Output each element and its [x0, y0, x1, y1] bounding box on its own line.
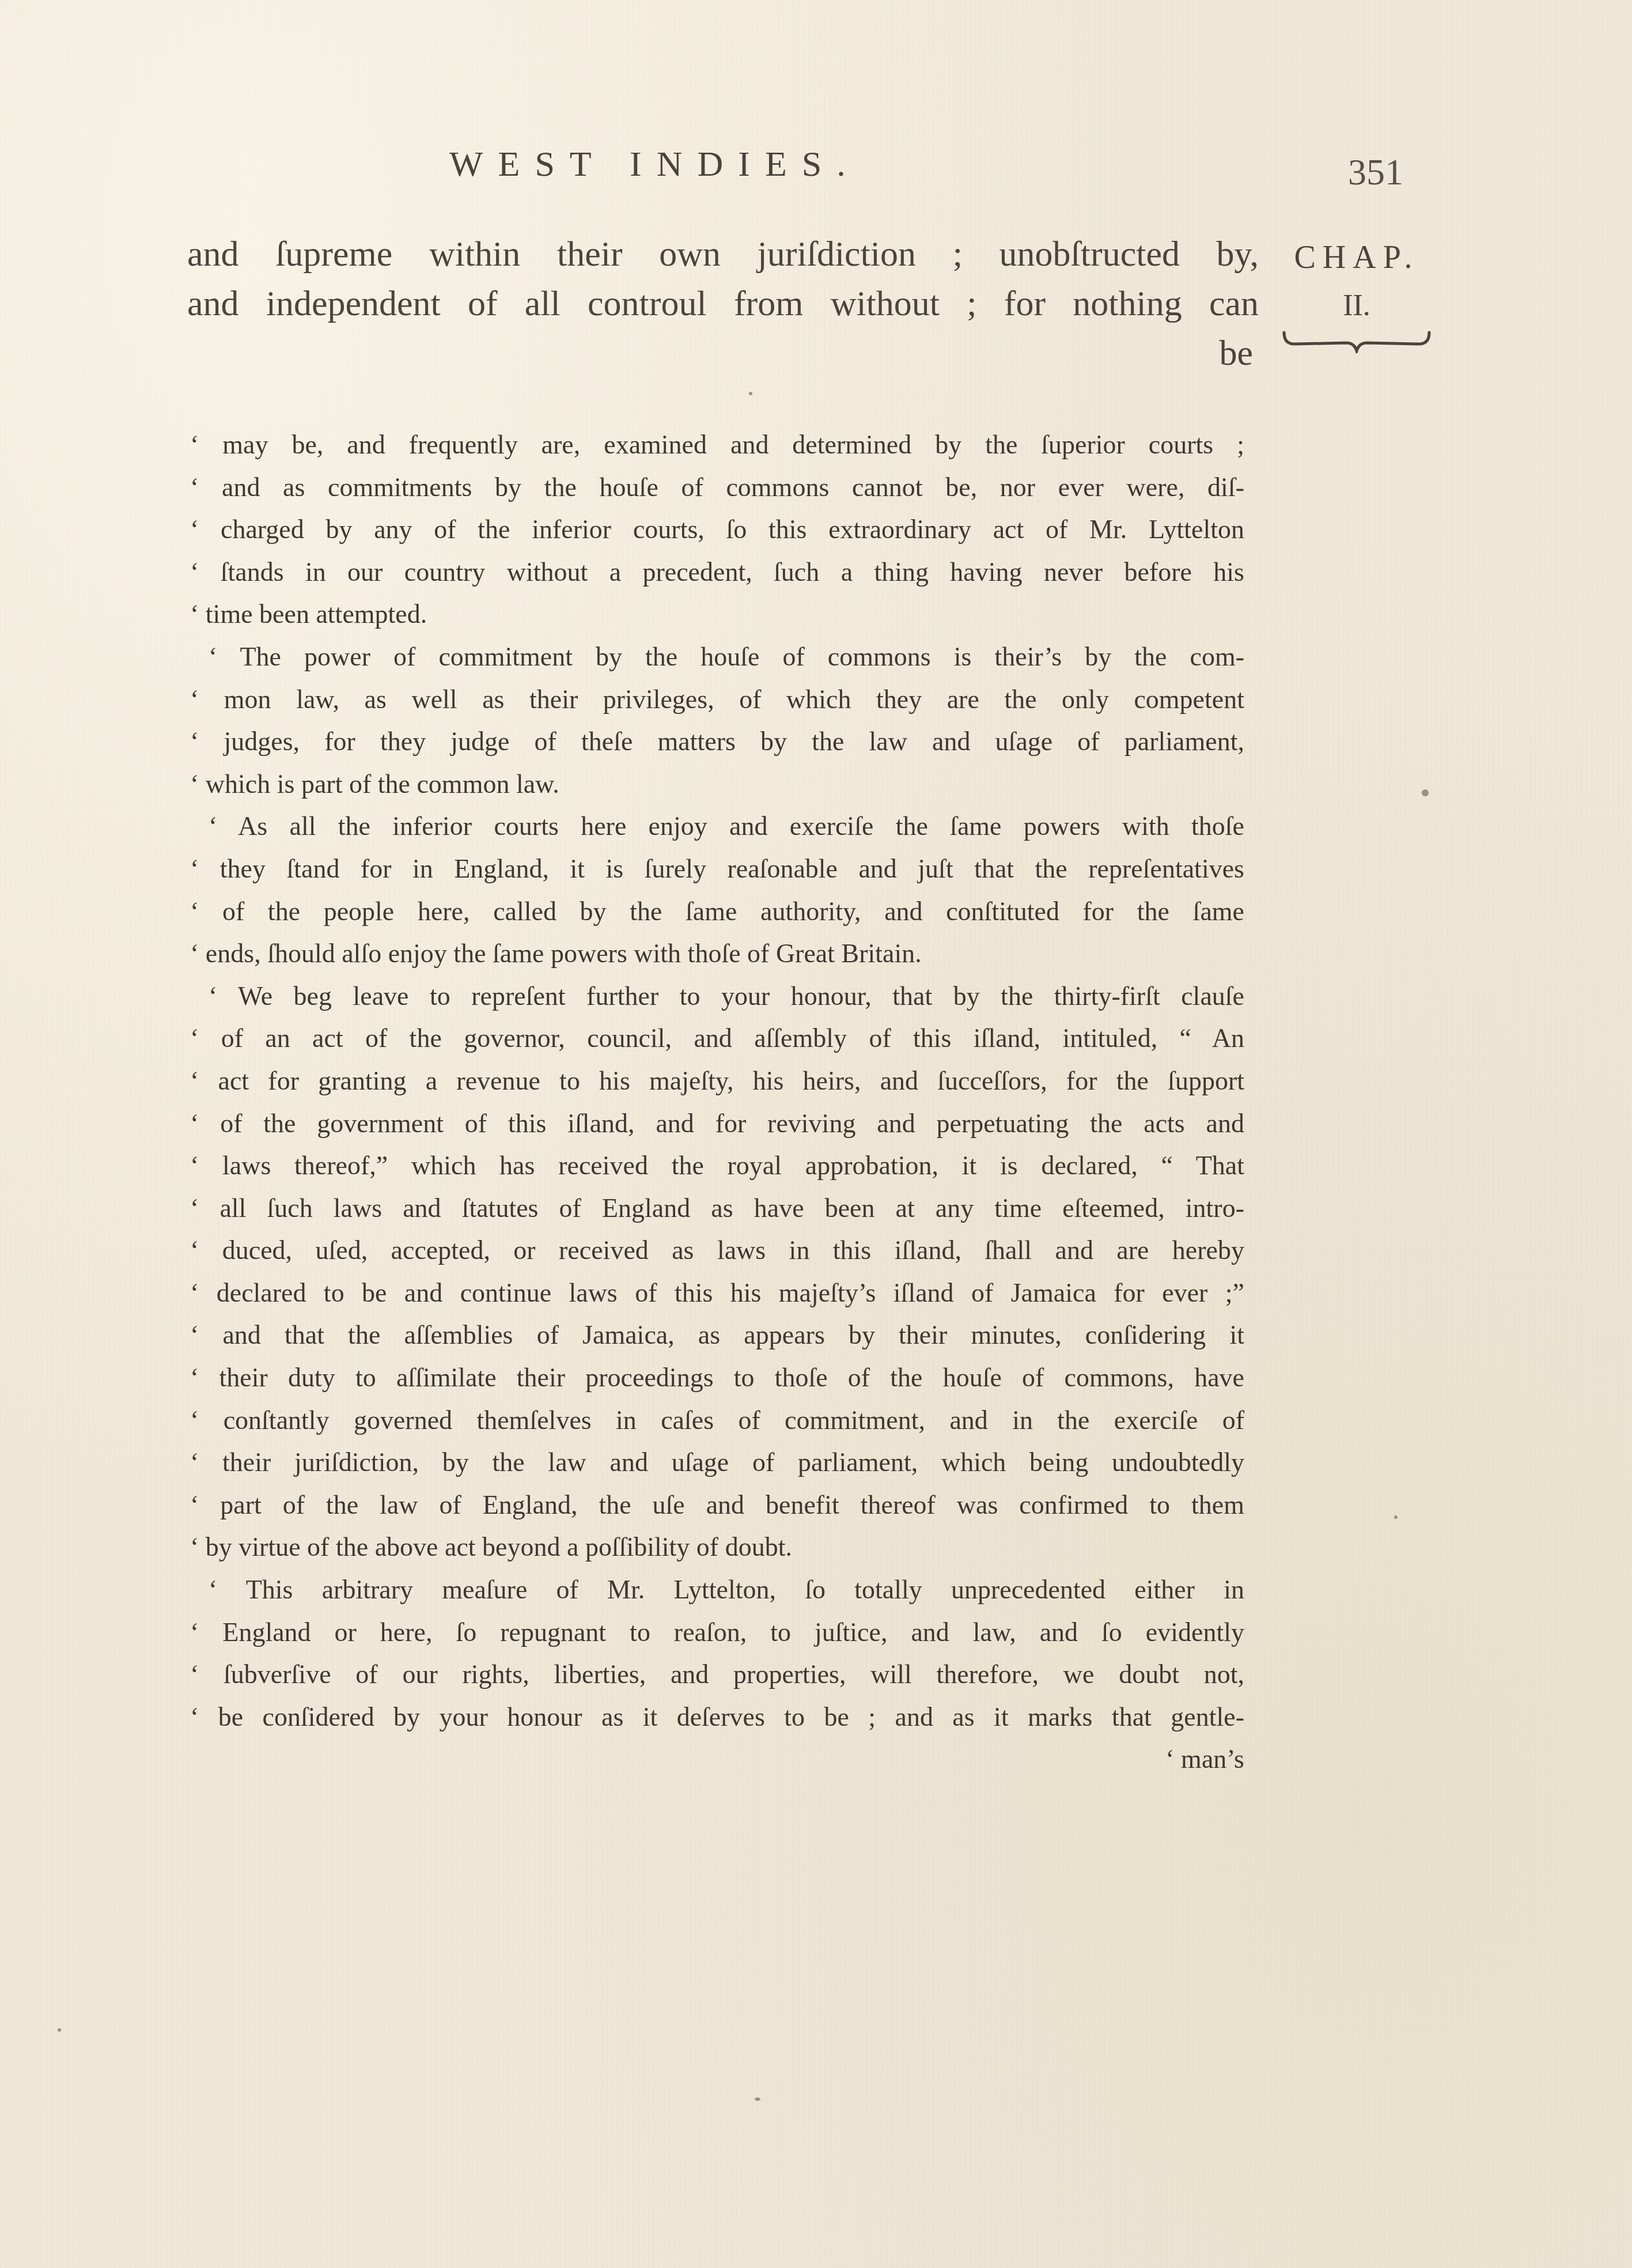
- chapter-label: CHAP.: [1273, 233, 1440, 282]
- paper-speck: [58, 2028, 61, 2032]
- text-line: ‘ laws thereof,” which has received the …: [190, 1144, 1244, 1187]
- paper-speck: [1394, 1515, 1398, 1519]
- paper-speck: [1422, 789, 1429, 796]
- text-line: ‘ may be, and frequently are, examined a…: [190, 424, 1244, 466]
- paper-speck: [755, 2097, 760, 2101]
- text-line: ‘ The power of commitment by the houſe o…: [190, 636, 1244, 678]
- text-line: ‘ of the government of this iſland, and …: [190, 1102, 1244, 1145]
- text-line: ‘ charged by any of the inferior courts,…: [190, 508, 1244, 551]
- text-line: ‘ duced, uſed, accepted, or received as …: [190, 1229, 1244, 1272]
- text-line: ‘ judges, for they judge of theſe matter…: [190, 720, 1244, 763]
- text-line: ‘ all ſuch laws and ſtatutes of England …: [190, 1187, 1244, 1230]
- quoted-memorial-text: ‘ may be, and frequently are, examined a…: [190, 424, 1244, 1781]
- text-line: ‘ time been attempted.: [190, 593, 1244, 636]
- text-line: ‘ of an act of the governor, council, an…: [190, 1017, 1244, 1060]
- running-title: WEST INDIES.: [449, 144, 861, 185]
- text-line: ‘ and as commitments by the houſe of com…: [190, 466, 1244, 509]
- text-line: ‘ We beg leave to repreſent further to y…: [190, 975, 1244, 1018]
- text-line: ‘ act for granting a revenue to his maje…: [190, 1060, 1244, 1102]
- book-page: WEST INDIES. 351 and ſupreme within thei…: [0, 0, 1632, 2268]
- page-number: 351: [1348, 151, 1403, 194]
- text-line: ‘ England or here, ſo repugnant to reaſo…: [190, 1611, 1244, 1654]
- curly-brace-ornament-icon: [1282, 330, 1432, 353]
- opening-line: and ſupreme within their own juriſdictio…: [187, 229, 1259, 279]
- text-line: ‘ of the people here, called by the ſame…: [190, 890, 1244, 933]
- catchword: ‘ man’s: [190, 1738, 1244, 1781]
- opening-line: and independent of all controul from wit…: [187, 279, 1259, 328]
- chapter-margin-note: CHAP. II.: [1273, 233, 1440, 353]
- text-line: ‘ conſtantly governed themſelves in caſe…: [190, 1399, 1244, 1442]
- paper-speck: [749, 392, 752, 395]
- text-line: ‘ which is part of the common law.: [190, 763, 1244, 806]
- chapter-number: II.: [1273, 282, 1440, 330]
- opening-paragraph: and ſupreme within their own juriſdictio…: [187, 229, 1259, 378]
- text-line: ‘ mon law, as well as their privileges, …: [190, 678, 1244, 721]
- catchword: be: [187, 328, 1259, 378]
- text-line: ‘ their duty to aſſimilate their proceed…: [190, 1356, 1244, 1399]
- text-line: ‘ ſubverſive of our rights, liberties, a…: [190, 1653, 1244, 1696]
- text-line: ‘ As all the inferior courts here enjoy …: [190, 805, 1244, 848]
- text-line: ‘ be conſidered by your honour as it deſ…: [190, 1696, 1244, 1738]
- text-line: ‘ ſtands in our country without a preced…: [190, 551, 1244, 594]
- text-line: ‘ declared to be and continue laws of th…: [190, 1272, 1244, 1314]
- text-line: ‘ they ſtand for in England, it is ſurel…: [190, 848, 1244, 890]
- text-line: ‘ ends, ſhould alſo enjoy the ſame power…: [190, 932, 1244, 975]
- text-line: ‘ part of the law of England, the uſe an…: [190, 1484, 1244, 1526]
- text-line: ‘ their juriſdiction, by the law and uſa…: [190, 1441, 1244, 1484]
- text-line: ‘ This arbitrary meaſure of Mr. Lyttelto…: [190, 1568, 1244, 1611]
- text-line: ‘ and that the aſſemblies of Jamaica, as…: [190, 1314, 1244, 1356]
- text-line: ‘ by virtue of the above act beyond a po…: [190, 1526, 1244, 1568]
